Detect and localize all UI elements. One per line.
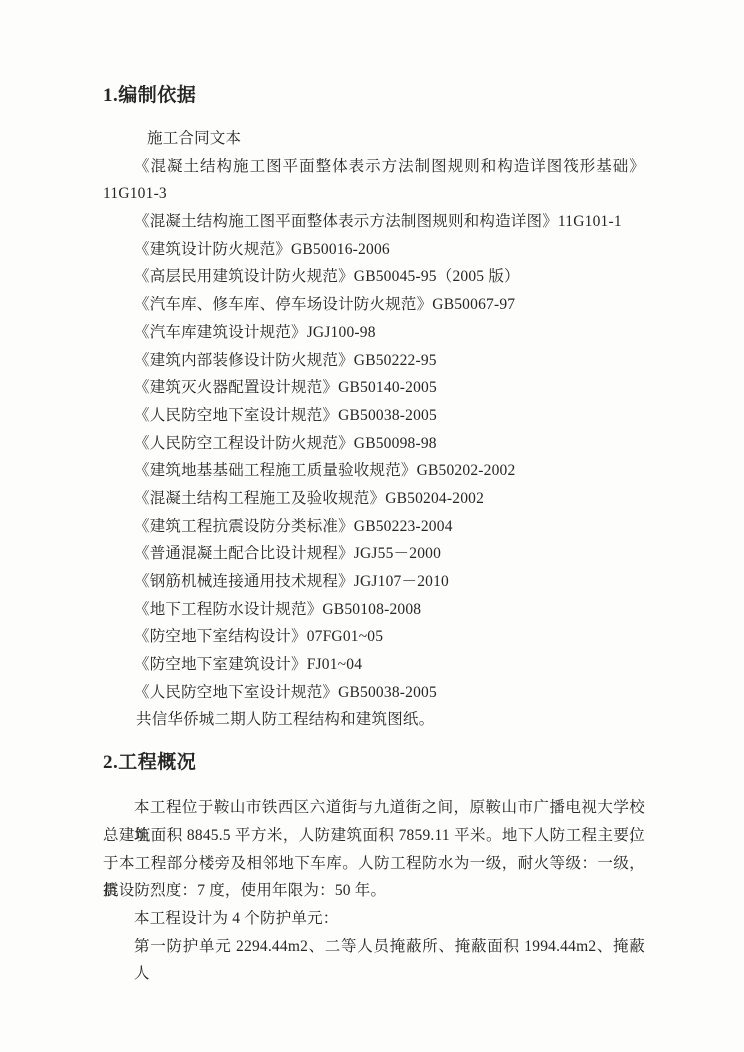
reference-line: 《人民防空工程设计防火规范》GB50098-98 [103,430,645,458]
section-1-reference-list: 施工合同文本《混凝土结构施工图平面整体表示方法制图规则和构造详图筏形基础》11G… [103,125,645,734]
reference-line: 《建筑工程抗震设防分类标准》GB50223-2004 [103,513,645,541]
document-page: 1.编制依据 施工合同文本《混凝土结构施工图平面整体表示方法制图规则和构造详图筏… [0,0,744,1052]
reference-line: 《建筑内部装修设计防火规范》GB50222-95 [103,347,645,375]
paragraph-line: 震设防烈度：7 度，使用年限为：50 年。 [103,877,645,905]
section-2-heading: 2.工程概况 [103,749,645,776]
paragraph-line: 总建筑面积 8845.5 平方米，人防建筑面积 7859.11 平米。地下人防工… [103,822,645,850]
reference-line: 《建筑灭火器配置设计规范》GB50140-2005 [103,374,645,402]
reference-line: 《人民防空地下室设计规范》GB50038-2005 [103,679,645,707]
paragraph-line: 第一防护单元 2294.44m2、二等人员掩蔽所、掩蔽面积 1994.44m2、… [103,933,645,961]
reference-line: 《人民防空地下室设计规范》GB50038-2005 [103,402,645,430]
reference-line: 《防空地下室结构设计》07FG01~05 [103,623,645,651]
reference-line: 《汽车库、修车库、停车场设计防火规范》GB50067-97 [103,291,645,319]
reference-line: 11G101-3 [103,180,645,208]
paragraph-line: 本工程设计为 4 个防护单元： [103,905,645,933]
reference-line: 《高层民用建筑设计防火规范》GB50045-95（2005 版） [103,263,645,291]
reference-line: 《防空地下室建筑设计》FJ01~04 [103,651,645,679]
reference-line: 《普通混凝土配合比设计规程》JGJ55－2000 [103,540,645,568]
document-content: 1.编制依据 施工合同文本《混凝土结构施工图平面整体表示方法制图规则和构造详图筏… [103,82,645,960]
reference-line: 《地下工程防水设计规范》GB50108-2008 [103,596,645,624]
paragraph-line: 本工程位于鞍山市铁西区六道街与九道街之间，原鞍山市广播电视大学校址， [103,794,645,822]
reference-line: 《混凝土结构施工图平面整体表示方法制图规则和构造详图筏形基础》 [103,153,645,181]
reference-line: 《建筑设计防火规范》GB50016-2006 [103,236,645,264]
reference-line: 《混凝土结构施工图平面整体表示方法制图规则和构造详图》11G101-1 [103,208,645,236]
reference-line: 施工合同文本 [103,125,645,153]
section-2-paragraphs: 本工程位于鞍山市铁西区六道街与九道街之间，原鞍山市广播电视大学校址，总建筑面积 … [103,794,645,960]
reference-line: 《汽车库建筑设计规范》JGJ100-98 [103,319,645,347]
reference-line: 《建筑地基基础工程施工质量验收规范》GB50202-2002 [103,457,645,485]
reference-line: 《混凝土结构工程施工及验收规范》GB50204-2002 [103,485,645,513]
paragraph-line: 于本工程部分楼旁及相邻地下车库。人防工程防水为一级，耐火等级：一级，抗 [103,850,645,878]
reference-line: 《钢筋机械连接通用技术规程》JGJ107－2010 [103,568,645,596]
reference-line: 共信华侨城二期人防工程结构和建筑图纸。 [103,706,645,734]
section-1-heading: 1.编制依据 [103,82,645,109]
